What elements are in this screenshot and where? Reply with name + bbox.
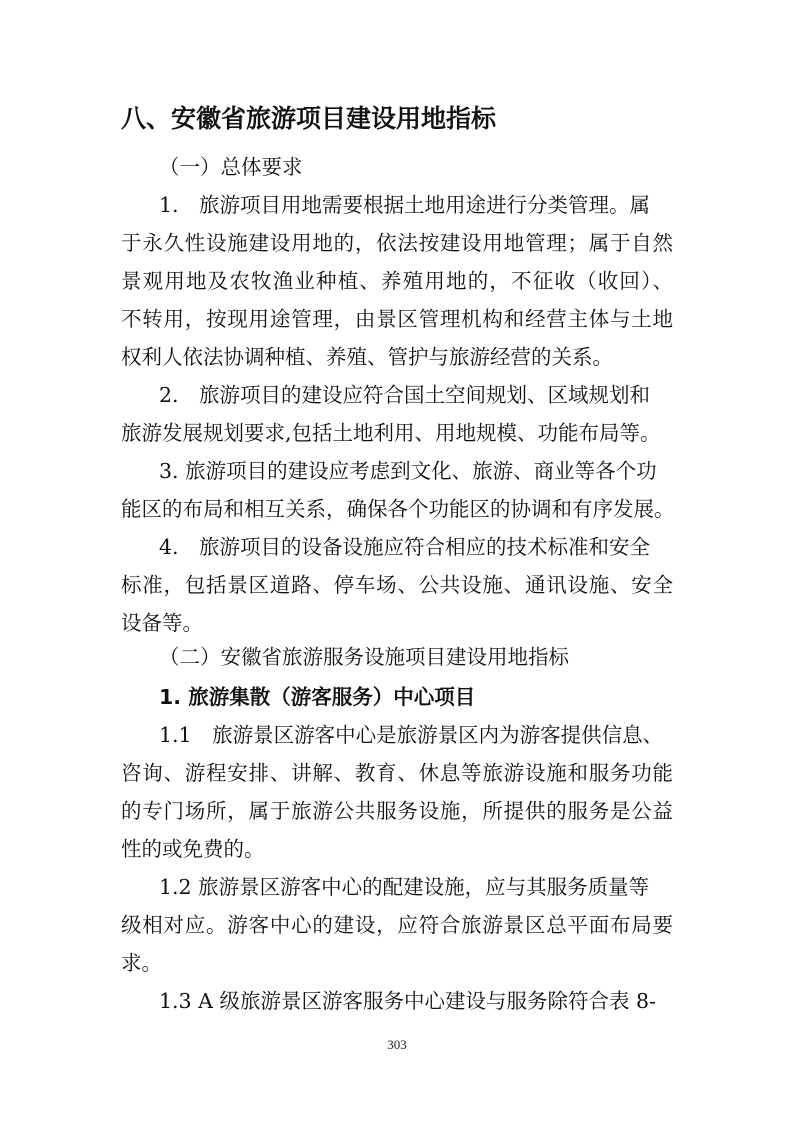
- paragraph-line: 的专门场所，属于旅游公共服务设施，所提供的服务是公益: [121, 794, 673, 824]
- section-title-service-facilities: （二）安徽省旅游服务设施项目建设用地指标: [159, 640, 569, 670]
- page-number: 303: [0, 1037, 794, 1053]
- chapter-heading: 八、安徽省旅游项目建设用地指标: [121, 99, 496, 135]
- paragraph-line: 1.1 旅游景区游客中心是旅游景区内为游客提供信息、: [159, 718, 663, 748]
- paragraph-line: 3. 旅游项目的建设应考虑到文化、旅游、商业等各个功: [159, 454, 657, 484]
- paragraph-line: 1.3 A 级旅游景区游客服务中心建设与服务除符合表 8-: [159, 984, 656, 1014]
- paragraph-line: 旅游发展规划要求,包括土地利用、用地规模、功能布局等。: [121, 416, 661, 446]
- paragraph-line: 不转用，按现用途管理，由景区管理机构和经营主体与土地: [121, 302, 673, 332]
- subsection-title-tourist-center: 1. 旅游集散（游客服务）中心项目: [159, 680, 475, 710]
- paragraph-line: 景观用地及农牧渔业种植、养殖用地的，不征收（收回）、: [121, 264, 673, 294]
- paragraph-line: 于永久性设施建设用地的，依法按建设用地管理；属于自然: [121, 226, 673, 256]
- paragraph-line: 能区的布局和相互关系，确保各个功能区的协调和有序发展。: [121, 492, 675, 522]
- paragraph-line: 性的或免费的。: [121, 832, 265, 862]
- paragraph-line: 标准，包括景区道路、停车场、公共设施、通讯设施、安全: [121, 568, 673, 598]
- paragraph-line: 2. 旅游项目的建设应符合国土空间规划、区域规划和: [159, 378, 650, 408]
- paragraph-line: 咨询、游程安排、讲解、教育、休息等旅游设施和服务功能: [121, 756, 673, 786]
- paragraph-line: 1.2 旅游景区游客中心的配建设施，应与其服务质量等: [159, 870, 649, 900]
- paragraph-line: 设备等。: [121, 606, 203, 636]
- paragraph-line: 级相对应。游客中心的建设，应符合旅游景区总平面布局要: [121, 908, 673, 938]
- paragraph-line: 求。: [121, 946, 162, 976]
- section-title-general-requirements: （一）总体要求: [159, 150, 303, 180]
- paragraph-line: 4. 旅游项目的设备设施应符合相应的技术标准和安全: [159, 530, 650, 560]
- paragraph-line: 权利人依法协调种植、养殖、管护与旅游经营的关系。: [121, 340, 613, 370]
- paragraph-line: 1. 旅游项目用地需要根据土地用途进行分类管理。属: [159, 188, 673, 218]
- document-page: 八、安徽省旅游项目建设用地指标 （一）总体要求 1. 旅游项目用地需要根据土地用…: [0, 0, 794, 1122]
